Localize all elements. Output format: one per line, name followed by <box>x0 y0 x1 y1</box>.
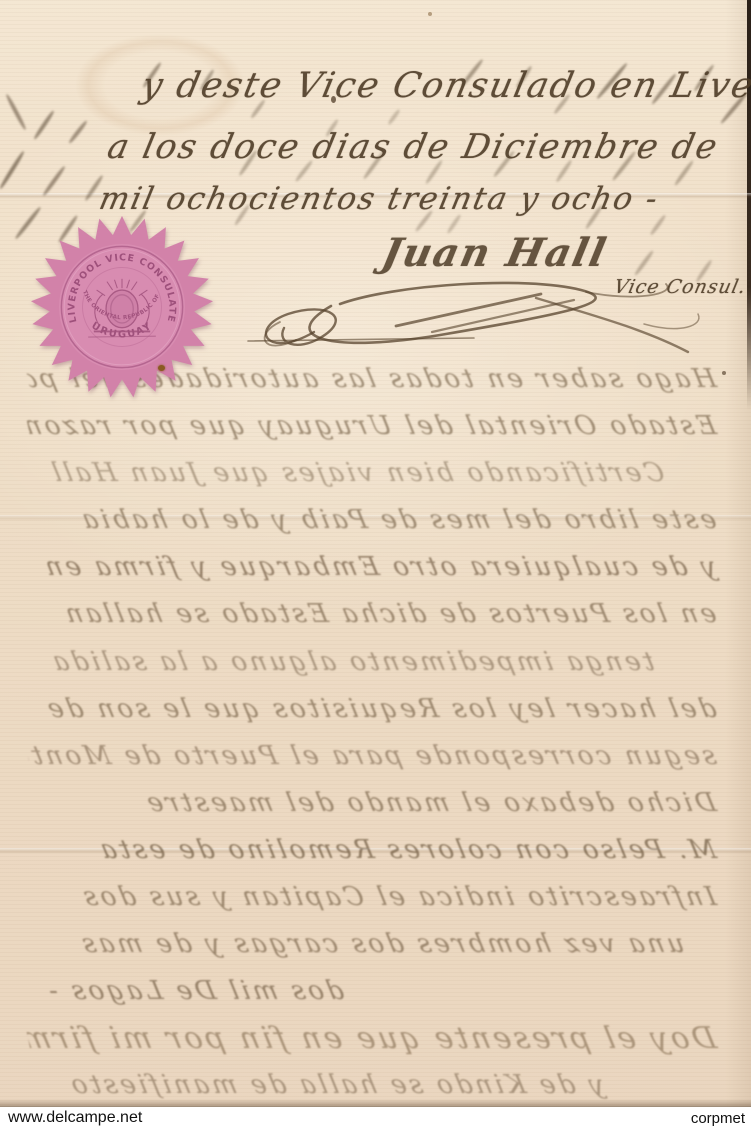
ink-showthrough-stroke <box>68 120 88 145</box>
ink-speck <box>428 12 432 16</box>
delcampe-watermark: www.delcampe.net <box>8 1109 142 1127</box>
bleedthrough-line: y de cualquiera otro Embarque y firma en <box>23 544 729 591</box>
seal-wax-speck <box>158 365 165 371</box>
scan-dark-edge <box>747 0 751 410</box>
bleedthrough-line: Doy el presente que en fin por mi firma <box>23 1015 729 1062</box>
bleedthrough-line: segun corresponde para el Puerto de Mont… <box>23 733 729 780</box>
bleedthrough-line: y de Kindo se halla de manifiesto <box>23 1062 729 1109</box>
ink-showthrough-stroke <box>387 109 401 126</box>
ink-showthrough-stroke <box>33 110 55 140</box>
ink-showthrough-stroke <box>5 93 27 130</box>
bleedthrough-line: Certificando bien viajes que Juan Hall <box>23 450 729 497</box>
bleedthrough-line: dos mil De Lagos - <box>23 968 729 1015</box>
ink-showthrough-stroke <box>42 165 66 196</box>
ink-showthrough-stroke <box>649 214 666 236</box>
ink-showthrough-stroke <box>0 150 25 189</box>
signature-flourish <box>236 268 710 364</box>
bleedthrough-line: tenga impedimento alguno a la salida <box>23 639 729 686</box>
letter-line-1: y deste Vice Consulado en Liverpool <box>138 66 751 106</box>
letter-line-3: mil ochocientos treinta y ocho - <box>96 181 663 217</box>
bleedthrough-line: Dicho debaxo el mando del maestre <box>23 780 729 827</box>
bleedthrough-line: en los Puertos de dicha Estado se hallan <box>23 591 729 638</box>
bleedthrough-line: Infraescrito indica el Capitan y sus dos <box>23 874 729 921</box>
bleedthrough-line: este libro del mes de Paib y de lo habia <box>23 497 729 544</box>
consular-seal: LIVERPOOL VICE CONSULATE OF THE ORIENTAL… <box>28 213 216 401</box>
letter-line-2: a los doce dias de Diciembre de <box>104 127 722 167</box>
bleedthrough-line: del hacer ley los Requisitos que le son … <box>23 686 729 733</box>
corpmet-watermark: corpmet <box>691 1110 745 1127</box>
seal-graphic: LIVERPOOL VICE CONSULATE OF THE ORIENTAL… <box>28 213 216 401</box>
bleedthrough-line: una vez hombres dos cargas y de mas <box>23 921 729 968</box>
bleedthrough-line: M. Pelso con colores Remolino de esta <box>23 827 729 874</box>
bleedthrough-line: Estado Oriental del Uruguay que por razo… <box>23 403 729 450</box>
bleedthrough-text-block: Hago saber en todas las autoridades del … <box>28 356 724 1110</box>
scanned-document-page: Hago saber en todas las autoridades del … <box>0 0 751 1132</box>
watermark-strip: www.delcampe.net corpmet <box>0 1107 751 1132</box>
